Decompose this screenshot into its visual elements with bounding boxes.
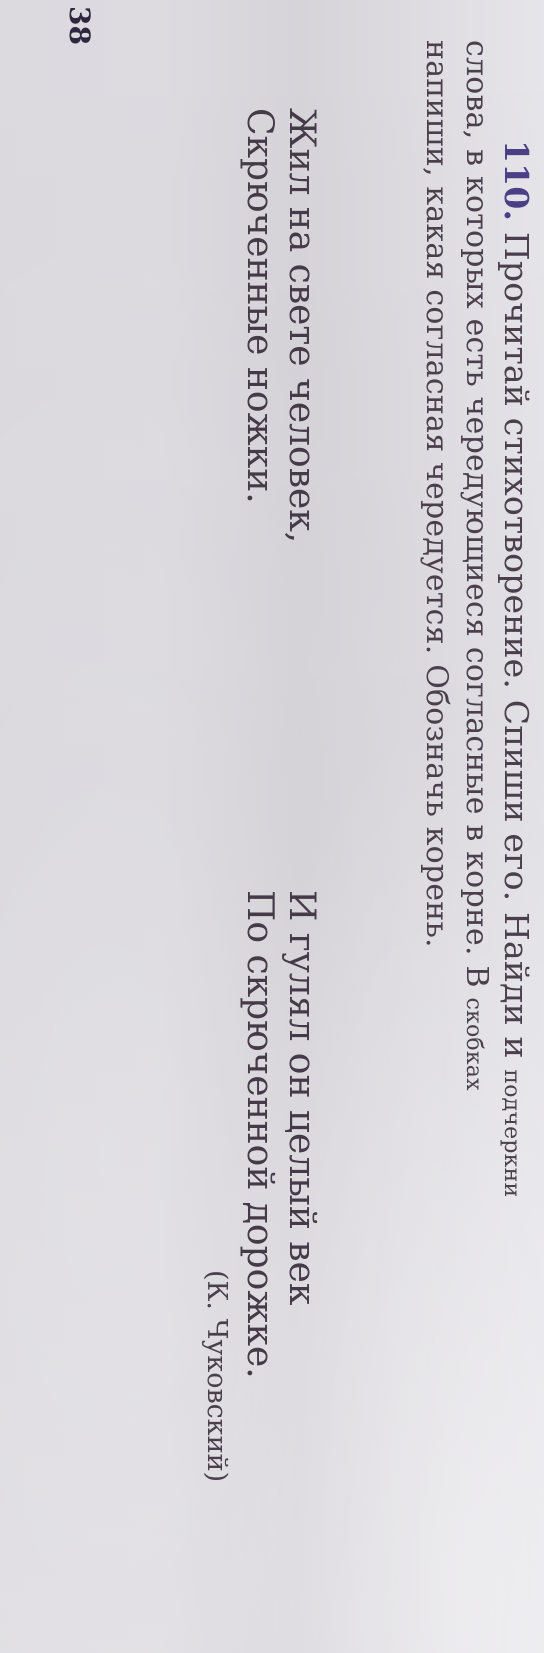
poem-line: По скрюченной дорожке.: [239, 890, 280, 1379]
poem-line: Скрюченные ножки.: [239, 108, 280, 504]
task-text-2: слова, в которых есть чередующиеся согла…: [459, 40, 494, 988]
poem-line: И гулял он целый век: [281, 890, 322, 1305]
poem-line: Жил на свете человек,: [281, 108, 322, 543]
textbook-page: 110. Прочитай стихотворение. Спиши его. …: [0, 0, 544, 1653]
task-text-1: Прочитай стихотворение. Спиши его. Найди…: [497, 232, 536, 1059]
page-number: 38: [63, 6, 96, 45]
task-line-1: 110. Прочитай стихотворение. Спиши его. …: [497, 140, 536, 1197]
poem-author: (К. Чуковский): [201, 1270, 232, 1482]
exercise-number: 110.: [497, 140, 536, 221]
task-text-1-tail: подчеркни: [499, 1069, 524, 1197]
task-text-2-tail: скобках: [461, 997, 486, 1090]
task-text-3: напиши, какая согласная чередуется. Обоз…: [419, 40, 454, 948]
task-line-3: напиши, какая согласная чередуется. Обоз…: [419, 40, 454, 948]
task-line-2: слова, в которых есть чередующиеся согла…: [459, 40, 494, 1091]
